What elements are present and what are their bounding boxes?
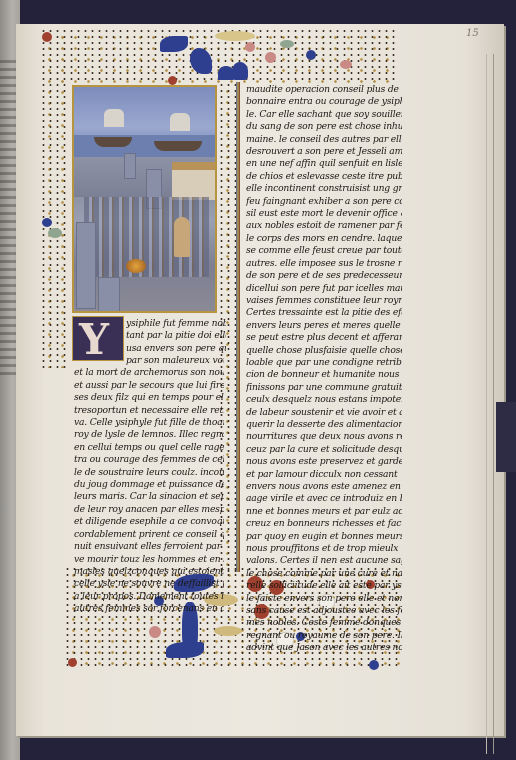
text-line: envers leurs peres et meres quelle cho [246, 320, 402, 332]
text-line: autres femmes sor forcenans en celle [74, 603, 224, 615]
text-line: relle solliciitude elle ait este par ysi… [246, 580, 402, 592]
text-line: nous prouffitons et de trop mieulx [246, 543, 402, 555]
text-line: nourritures que deux nous avons re [246, 431, 402, 443]
text-line: du sang de son pere est chose inhu [246, 121, 402, 133]
ship-hull [94, 137, 132, 147]
text-line: ses deux filz qui en temps pour elle [74, 392, 224, 404]
text-line: dicellui son pere fut par icelles mau [246, 283, 402, 295]
text-line: bonnaire entra ou courage de ysiphi [246, 96, 402, 108]
seated-noblewoman [174, 217, 190, 257]
text-line: se comme elle feust creue par toutes les [246, 245, 402, 257]
text-line: et par lamour dicculx non cessant [246, 469, 402, 481]
acanthus-leaf-icon [190, 48, 212, 74]
text-line: desrouvert a son pere et Jesseli ame [246, 146, 402, 158]
text-line: leurs maris. Car la sinacion et sepre [74, 491, 224, 503]
text-line: le corps des mors en cendre. laquelle ch… [246, 233, 402, 245]
text-line: maudite operacion conseil plus de [246, 84, 402, 96]
text-line: elle incontinent construisist ung gran [246, 183, 402, 195]
previous-leaf-text-shadow [0, 60, 16, 380]
page-edge [486, 54, 494, 754]
left-column-text: par son maleureux vouloir et la mort de … [74, 355, 224, 616]
text-line: feu faingnant exhiber a son pere comme [246, 196, 402, 208]
text-line: en une nef affin quil senfuit en lisle [246, 158, 402, 170]
red-bud-icon [68, 658, 77, 667]
pink-flower-icon [149, 626, 161, 638]
right-column-text: maudite operacion conseil plus de bonnai… [246, 84, 402, 655]
ship-sail [104, 109, 124, 127]
armed-men [84, 197, 209, 277]
text-line: ceulx desquelz nous estans impotens [246, 394, 402, 406]
text-line: mes nobles. Ceste femme donques [246, 617, 402, 629]
text-line: se peut estre plus decent et afferant [246, 332, 402, 344]
gold-scroll-icon [215, 31, 255, 41]
fire [126, 259, 146, 273]
text-line: le de soustraire leurs coulz. incontin [74, 467, 224, 479]
blue-bud-icon [42, 218, 52, 227]
text-line: querir la desserte des alimentacions et [246, 419, 402, 431]
text-line: le chose comme par une cure et natu [246, 568, 402, 580]
ship-sail [170, 113, 190, 131]
text-line: advint que Jason avec les autres no [246, 642, 402, 654]
text-line: tant par la pitie doi elle [126, 330, 226, 342]
text-line: ve mourir touz les hommes et en sai [74, 554, 224, 566]
pink-bud-icon [245, 42, 255, 52]
tower [98, 277, 120, 313]
red-bud-icon [168, 76, 177, 85]
acanthus-leaf-icon [166, 642, 204, 658]
text-line: autres. elle imposee sus le trosne royal [246, 258, 402, 270]
text-line: nuit ensuivant elles ferroient par glai [74, 541, 224, 553]
text-line: va. Celle ysiphyle fut fille de thoant [74, 417, 224, 429]
green-leaf-icon [48, 228, 62, 238]
text-line: vaises femmes constituee leur royne. [246, 295, 402, 307]
text-line: tresoportun et necessaire elle retrou [74, 405, 224, 417]
text-line: celle ysle ne souvre ne deffaillist poin… [74, 578, 224, 590]
left-column-opening: ysiphile fut femme noble tant par la pit… [126, 318, 226, 355]
text-line: sil eust este mort le devenir office qui [246, 208, 402, 220]
text-line: aage virile et avec ce introduiz en bo [246, 493, 402, 505]
bookmark-tab [496, 402, 516, 472]
text-line: finissons par une commune gratuite a [246, 382, 402, 394]
acanthus-leaf-icon [160, 36, 188, 52]
pink-bud-icon [265, 52, 276, 63]
text-line: nne et bonnes meurs et par eulz ac [246, 506, 402, 518]
folio-number: 15 [466, 28, 479, 39]
text-line: quelle chose plusfaisie quelle chose plu… [246, 345, 402, 357]
text-line: par quoy en eugin et bonnes meurs [246, 531, 402, 543]
text-line: de son pere et de ses predecesseurs ou l… [246, 270, 402, 282]
text-line: tra ou courage des femmes de celle ysl [74, 454, 224, 466]
column-divider-bar [236, 82, 240, 572]
red-flower-icon [42, 32, 52, 42]
text-line: le faicte envers son pere elle et non [246, 593, 402, 605]
pink-bud-icon [340, 60, 352, 69]
text-line: sans cause est adjoustee avec les fe [246, 605, 402, 617]
text-line: et la mort de archemorus son nourri [74, 367, 224, 379]
text-line: masles quelzconques qui estoient en [74, 566, 224, 578]
gold-scroll-icon [214, 626, 242, 636]
top-floral-border [40, 28, 398, 84]
text-line: roy de lysle de lemnos. Illec regnant [74, 429, 224, 441]
text-line: usa envers son pere que [126, 343, 226, 355]
text-line: du joug dommage et puissance de [74, 479, 224, 491]
text-line: cion de bonneur et humanite nous re [246, 369, 402, 381]
text-line: de chios et eslevasse ceste itre publieg [246, 171, 402, 183]
tower [124, 153, 136, 179]
text-line: de leur roy anacen par elles mespris [74, 504, 224, 516]
text-line: et aussi par le secours que lui firent [74, 380, 224, 392]
ship-hull [154, 141, 202, 151]
text-line: Certes tressainte est la pitie des efans [246, 307, 402, 319]
text-line: loable que par une condigne retribu [246, 357, 402, 369]
text-line: maine. le conseil des autres par elle [246, 134, 402, 146]
text-line: cordablement prirent ce conseil que en l… [74, 529, 224, 541]
blue-bud-icon [369, 660, 379, 670]
text-line: nous avons este preservez et gardez [246, 456, 402, 468]
text-line: creuz en bonneurs richesses et facultez. [246, 518, 402, 530]
house [172, 162, 217, 200]
text-line: regnant ou royaume de son pere. Il [246, 630, 402, 642]
text-line: par son maleureux vouloir [74, 355, 224, 367]
text-line: le. Car elle sachant que soy souiller [246, 109, 402, 121]
text-line: ysiphile fut femme noble [126, 318, 226, 330]
blue-finial-icon [232, 62, 248, 80]
blue-flower-icon [306, 50, 316, 60]
tower [76, 222, 96, 309]
miniature-illumination [72, 85, 217, 313]
text-line: aux nobles estoit de ramener par feu [246, 220, 402, 232]
text-line: valons. Certes il nen est aucune sagl [246, 555, 402, 567]
left-floral-border [40, 28, 70, 368]
text-line: ceuz par la cure et solicitude desquelz [246, 444, 402, 456]
text-line: en cellui temps ou quel celle rage en [74, 442, 224, 454]
text-line: et diligende esephile a ce convoque co [74, 516, 224, 528]
text-line: envers nous avons este amenez en [246, 481, 402, 493]
green-leaf-icon [280, 40, 294, 48]
text-line: de labeur soustenir et vie avoir et ac [246, 407, 402, 419]
text-line: a leur propos. Damement toutes les [74, 591, 224, 603]
